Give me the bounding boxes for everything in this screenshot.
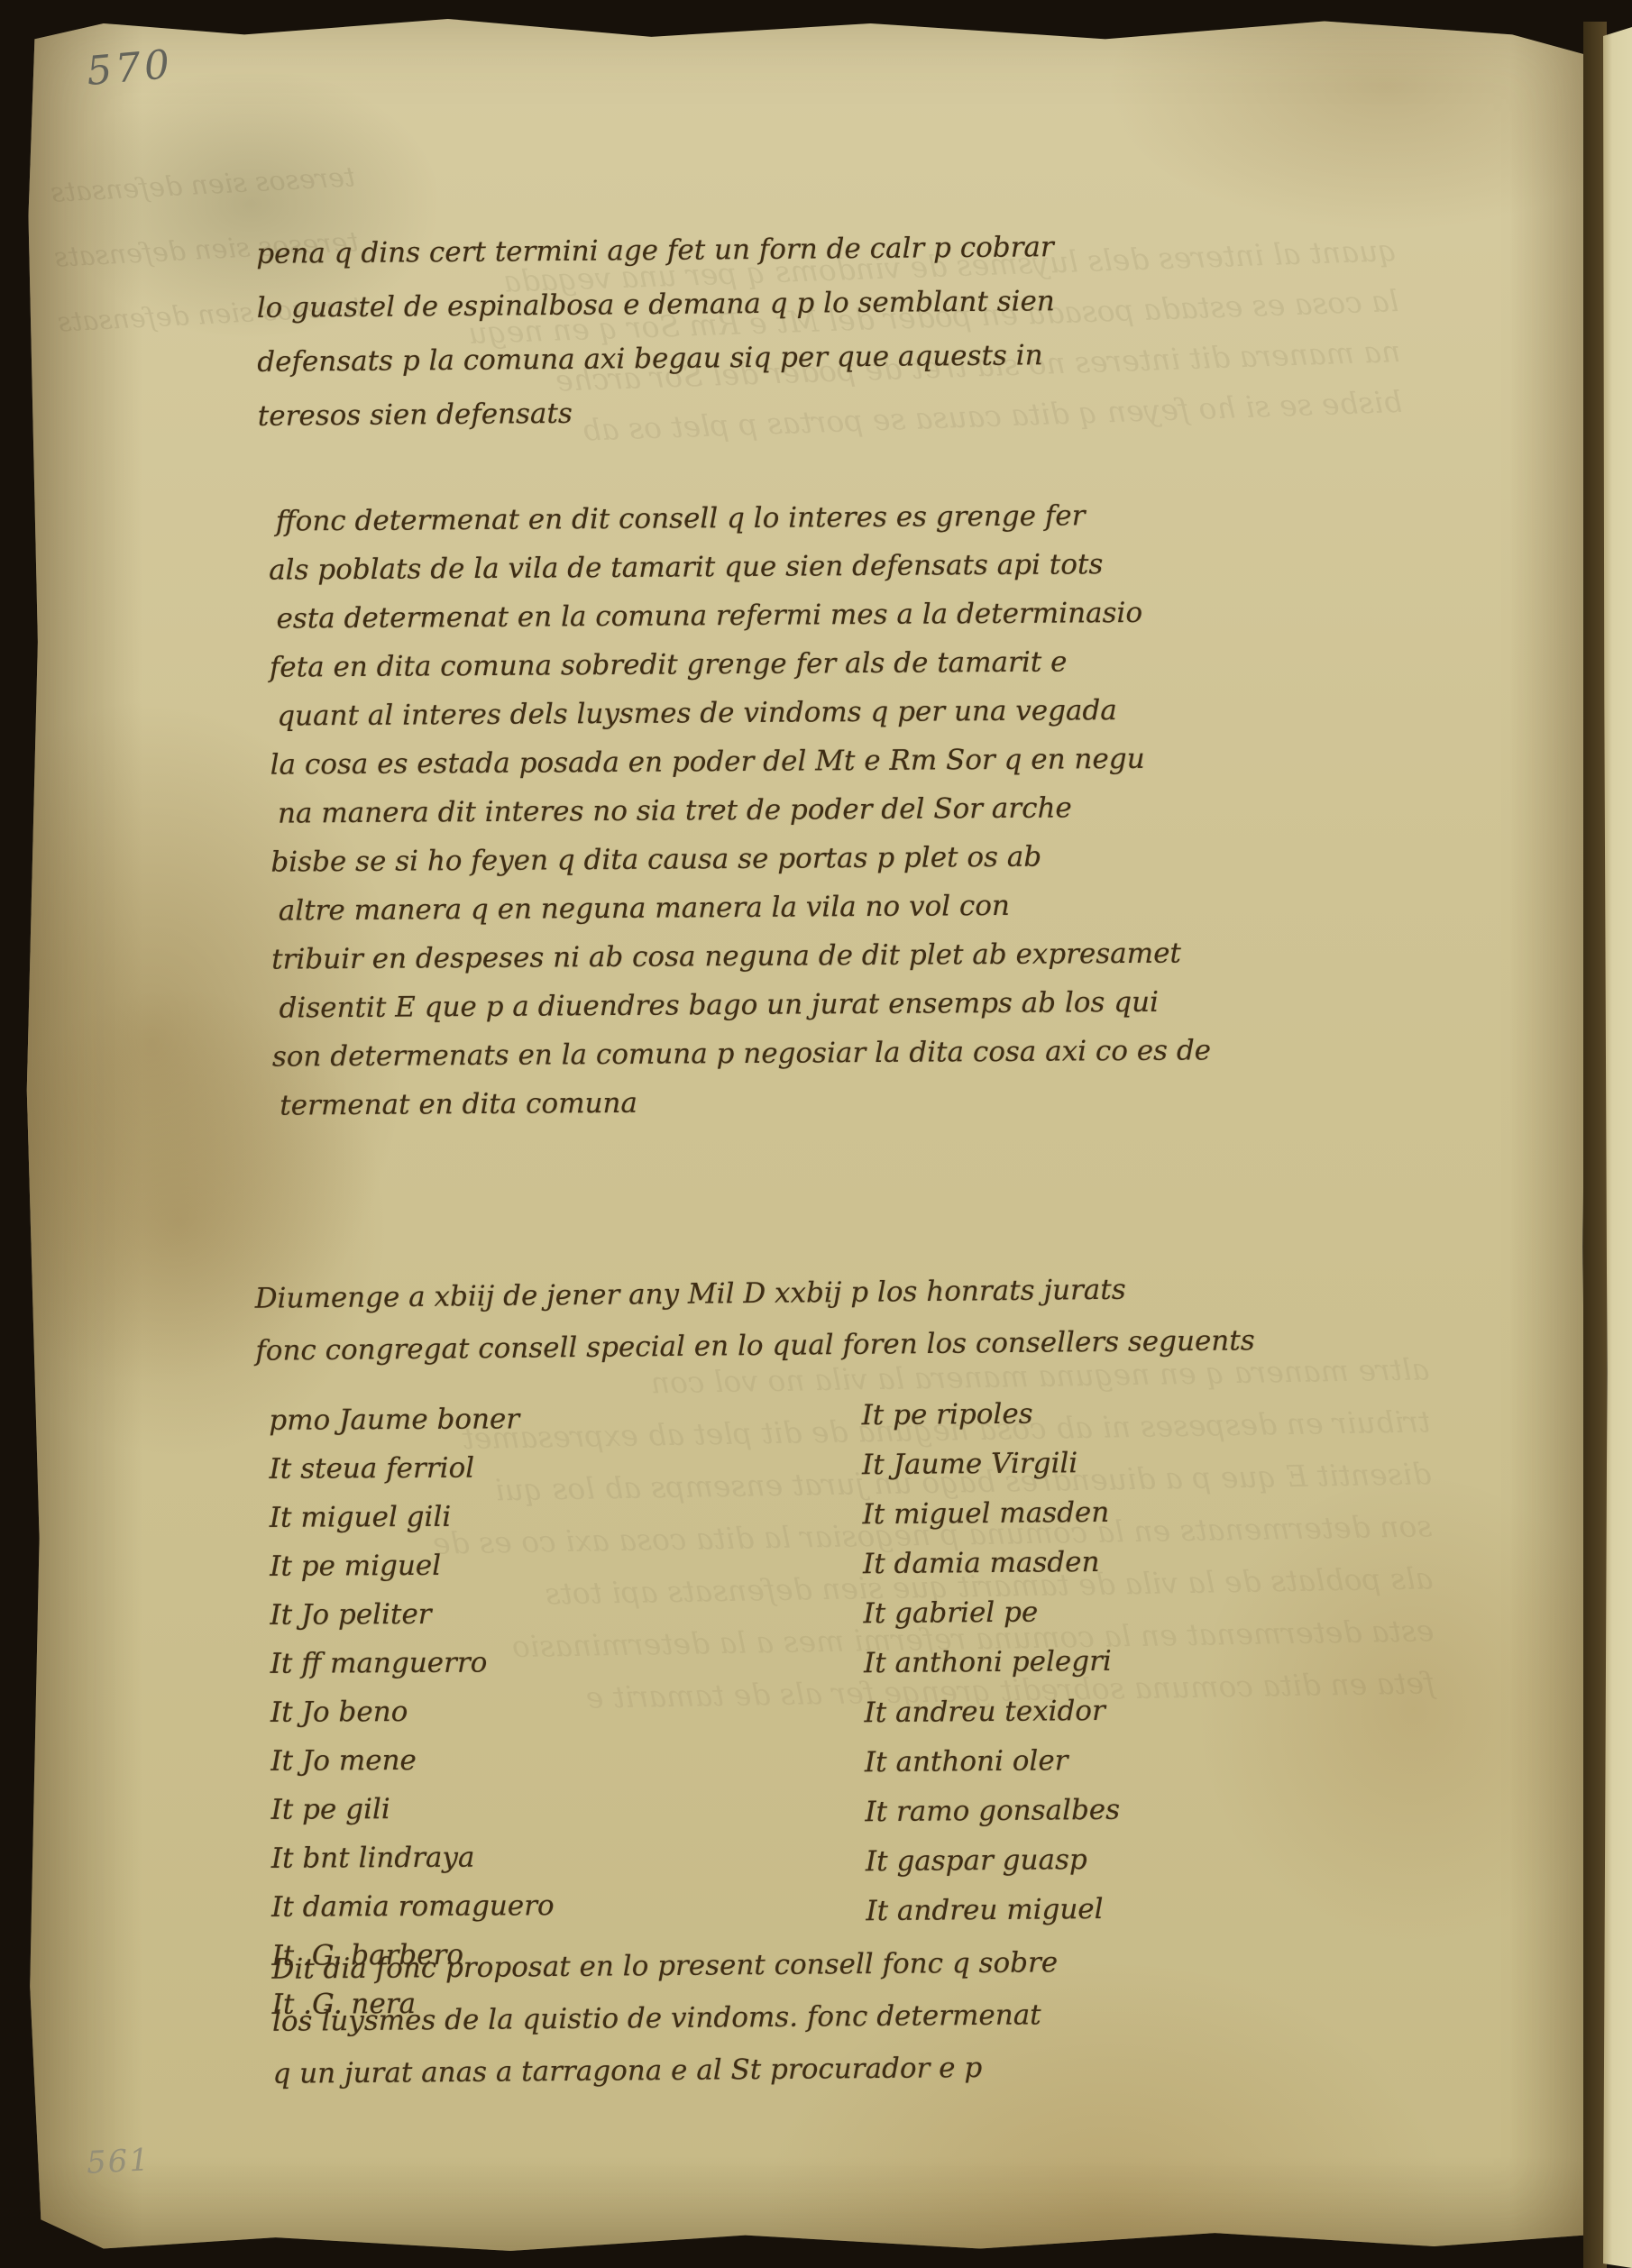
text-line: esta determenat en la comuna refermi mes…: [276, 588, 1208, 643]
list-item: pmo Jaume boner: [269, 1395, 552, 1445]
list-item: It andreu miguel: [866, 1885, 1121, 1936]
text-line: teresos sien defensats: [258, 382, 1057, 444]
list-item: It anthoni pelegri: [864, 1637, 1119, 1688]
text-line: los luysmes de la quistio de vindoms. fo…: [272, 1989, 1059, 2048]
folio-number-bottom: 561: [86, 2142, 151, 2181]
list-item: It ramo gonsalbes: [865, 1786, 1120, 1837]
text-line: als poblats de la vila de tamarit que si…: [269, 539, 1208, 594]
list-item: It pe gili: [270, 1784, 554, 1834]
list-item: It Jo beno: [270, 1687, 554, 1737]
list-item: It ff manguerro: [270, 1638, 554, 1688]
paragraph-1: pena q dins cert termini age fet un forn…: [256, 220, 1056, 444]
list-item: It Jo peliter: [270, 1589, 553, 1640]
list-item: It pe miguel: [270, 1541, 553, 1591]
list-item: It anthoni oler: [865, 1736, 1120, 1788]
text-line: fonc congregat consell special en lo qua…: [255, 1314, 1255, 1377]
text-line: quant al interes dels luysmes de vindoms…: [277, 685, 1209, 740]
text-line: Dit dia fonc proposat en lo present cons…: [271, 1936, 1058, 1996]
text-line: altre manera q en neguna manera la vila …: [279, 880, 1211, 935]
book-scan-background: 570 561 quant al interes dels luysmes de…: [0, 0, 1632, 2268]
date-paragraph: Diumenge a xbiij de jener any Mil D xxbi…: [254, 1262, 1255, 1377]
closing-paragraph: Dit dia fonc proposat en lo present cons…: [271, 1936, 1059, 2100]
text-line: ffonc determenat en dit consell q lo int…: [276, 490, 1208, 545]
list-item: It andreu texidor: [864, 1687, 1119, 1738]
list-item: It miguel masden: [862, 1488, 1117, 1540]
list-item: It gaspar guasp: [866, 1835, 1121, 1887]
text-line: lo guastel de espinalbosa e demana q p l…: [256, 274, 1055, 335]
list-item: It damia masden: [863, 1538, 1118, 1589]
list-item: It miguel gili: [270, 1492, 553, 1542]
paragraph-2: ffonc determenat en dit consell q lo int…: [269, 490, 1212, 1129]
text-line: disentit E que p a diuendres bago un jur…: [279, 977, 1211, 1032]
list-item: It bnt lindraya: [271, 1833, 555, 1883]
next-page-edge: [1603, 27, 1632, 2268]
council-list-left-column: pmo Jaume boner It steua ferriol It migu…: [269, 1395, 555, 2029]
list-item: It Jaume Virgili: [862, 1439, 1117, 1490]
text-line: bisbe se si ho feyen q dita causa se por…: [270, 831, 1210, 886]
list-item: It damia romaguero: [271, 1881, 555, 1932]
text-line: son determenats en la comuna p negosiar …: [272, 1026, 1212, 1081]
list-item: It steua ferriol: [269, 1443, 552, 1494]
text-line: termenat en dita comuna: [280, 1075, 1212, 1129]
text-line: defensats p la comuna axi begau siq per …: [257, 328, 1056, 389]
text-line: tribuir en despeses ni ab cosa neguna de…: [271, 928, 1211, 983]
list-item: It Jo mene: [270, 1735, 554, 1786]
text-line: pena q dins cert termini age fet un forn…: [256, 220, 1055, 281]
text-line: na manera dit interes no sia tret de pod…: [278, 782, 1210, 837]
folio-number-top: 570: [85, 41, 175, 95]
list-item: It gabriel pe: [863, 1587, 1118, 1639]
page-gap-shadow: [1583, 22, 1607, 2268]
text-line: la cosa es estada posada en poder del Mt…: [270, 734, 1209, 789]
list-item: It pe ripoles: [861, 1389, 1116, 1440]
text-line: feta en dita comuna sobredit grenge fer …: [270, 636, 1209, 691]
text-line: q un jurat anas a tarragona e al St proc…: [272, 2041, 1059, 2100]
council-list-right-column: It pe ripoles It Jaume Virgili It miguel…: [861, 1389, 1121, 1936]
